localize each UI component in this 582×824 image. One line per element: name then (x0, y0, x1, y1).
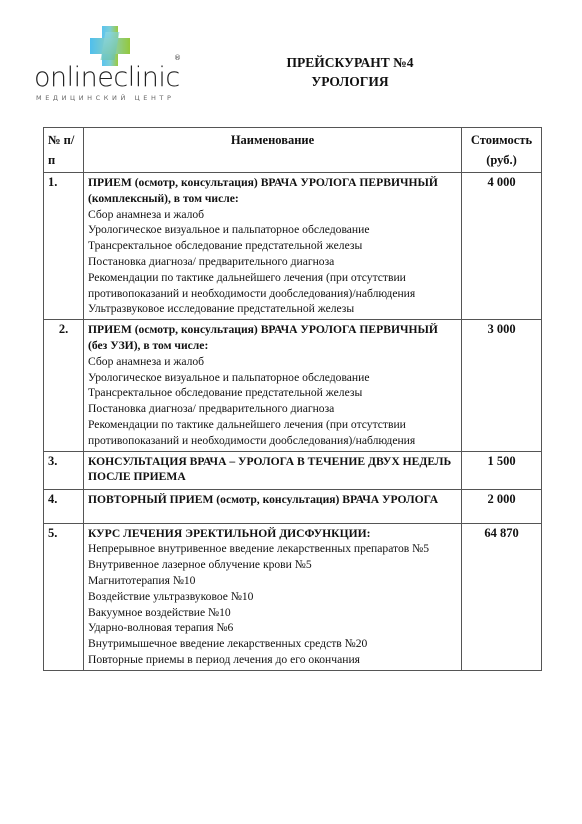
header-number: № п/п (44, 128, 84, 173)
service-item: Постановка диагноза/ предварительного ди… (88, 401, 457, 417)
service-item: Внутривенное лазерное облучение крови №5 (88, 557, 457, 573)
service-title: ПОВТОРНЫЙ ПРИЕМ (осмотр, консультация) В… (88, 492, 457, 508)
service-item: Ультразвуковое исследование предстательн… (88, 301, 457, 317)
service-item: Внутримышечное введение лекарственных ср… (88, 636, 457, 652)
service-item: Повторные приемы в период лечения до его… (88, 652, 457, 668)
clinic-logo: onlineclinic ® МЕДИЦИНСКИЙ ЦЕНТР (34, 24, 184, 104)
service-title: ПРИЕМ (осмотр, консультация) ВРАЧА УРОЛО… (88, 322, 457, 354)
service-price: 3 000 (462, 320, 542, 451)
row-number: 1. (44, 173, 84, 320)
service-item: Вакуумное воздействие №10 (88, 605, 457, 621)
row-number: 5. (44, 523, 84, 670)
service-item: Постановка диагноза/ предварительного ди… (88, 254, 457, 270)
service-item: Воздействие ультразвуковое №10 (88, 589, 457, 605)
service-item: Рекомендации по тактике дальнейшего лече… (88, 417, 457, 449)
service-item: Рекомендации по тактике дальнейшего лече… (88, 270, 457, 302)
row-number: 3. (44, 451, 84, 489)
price-table: № п/п Наименование Стоимость (руб.) 1.ПР… (43, 127, 542, 671)
table-row: 2.ПРИЕМ (осмотр, консультация) ВРАЧА УРО… (44, 320, 542, 451)
service-description: КОНСУЛЬТАЦИЯ ВРАЧА – УРОЛОГА В ТЕЧЕНИЕ Д… (84, 451, 462, 489)
service-price: 1 500 (462, 451, 542, 489)
logo-wordmark: onlineclinic (34, 62, 180, 93)
table-row: 3.КОНСУЛЬТАЦИЯ ВРАЧА – УРОЛОГА В ТЕЧЕНИЕ… (44, 451, 542, 489)
service-description: ПОВТОРНЫЙ ПРИЕМ (осмотр, консультация) В… (84, 489, 462, 523)
table-header-row: № п/п Наименование Стоимость (руб.) (44, 128, 542, 173)
service-item: Трансректальное обследование предстатель… (88, 238, 457, 254)
service-title: ПРИЕМ (осмотр, консультация) ВРАЧА УРОЛО… (88, 175, 457, 207)
service-title: КУРС ЛЕЧЕНИЯ ЭРЕКТИЛЬНОЙ ДИСФУНКЦИИ: (88, 526, 457, 542)
table-row: 1.ПРИЕМ (осмотр, консультация) ВРАЧА УРО… (44, 173, 542, 320)
table-row: 5.КУРС ЛЕЧЕНИЯ ЭРЕКТИЛЬНОЙ ДИСФУНКЦИИ:Не… (44, 523, 542, 670)
medical-cross-icon (90, 26, 130, 66)
service-item: Ударно-волновая терапия №6 (88, 620, 457, 636)
row-number: 2. (44, 320, 84, 451)
service-item: Непрерывное внутривенное введение лекарс… (88, 541, 457, 557)
header-price: Стоимость (руб.) (462, 128, 542, 173)
service-description: КУРС ЛЕЧЕНИЯ ЭРЕКТИЛЬНОЙ ДИСФУНКЦИИ:Непр… (84, 523, 462, 670)
row-number: 4. (44, 489, 84, 523)
header-name: Наименование (84, 128, 462, 173)
service-price: 2 000 (462, 489, 542, 523)
service-item: Сбор анамнеза и жалоб (88, 207, 457, 223)
logo-subtitle: МЕДИЦИНСКИЙ ЦЕНТР (36, 94, 175, 102)
service-item: Урологическое визуальное и пальпаторное … (88, 370, 457, 386)
service-price: 4 000 (462, 173, 542, 320)
table-row: 4.ПОВТОРНЫЙ ПРИЕМ (осмотр, консультация)… (44, 489, 542, 523)
service-description: ПРИЕМ (осмотр, консультация) ВРАЧА УРОЛО… (84, 320, 462, 451)
title-line-1: ПРЕЙСКУРАНТ №4 (270, 53, 430, 72)
service-item: Урологическое визуальное и пальпаторное … (88, 222, 457, 238)
service-description: ПРИЕМ (осмотр, консультация) ВРАЧА УРОЛО… (84, 173, 462, 320)
document-title: ПРЕЙСКУРАНТ №4 УРОЛОГИЯ (270, 53, 430, 91)
service-price: 64 870 (462, 523, 542, 670)
service-item: Трансректальное обследование предстатель… (88, 385, 457, 401)
registered-mark: ® (174, 54, 181, 62)
service-item: Магнитотерапия №10 (88, 573, 457, 589)
service-item: Сбор анамнеза и жалоб (88, 354, 457, 370)
service-title: КОНСУЛЬТАЦИЯ ВРАЧА – УРОЛОГА В ТЕЧЕНИЕ Д… (88, 454, 457, 486)
title-line-2: УРОЛОГИЯ (270, 72, 430, 91)
